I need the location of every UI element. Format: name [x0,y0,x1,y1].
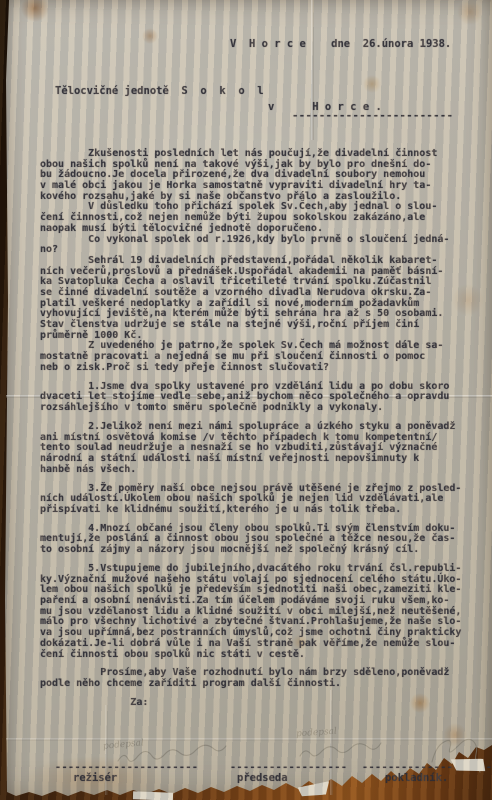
typed-line: přispívati ke klidnému soužití,kterého j… [40,505,476,516]
paper-scrap [133,791,173,800]
document-photo: V H o r c e dne 26.února 1938. Tělocvičn… [0,0,492,800]
typed-line: podle něho chceme zaříditi program další… [40,679,476,690]
typed-line: 2.Jelikož není mezi námi spolupráce a úz… [40,422,476,433]
typed-body: Zkušenosti posledních let nás poučují,že… [40,149,476,709]
addressee-name: Tělocvičné jednotě S o k o l [55,85,264,97]
signature-role-director: režisér [73,772,117,784]
typed-line: Co vykonal spolek od r.1926,kdy bylo prv… [40,235,476,246]
dateline: V H o r c e dne 26.února 1938. [230,38,451,50]
typed-line: dokázati.Je-li dobrá vůle i na Vaší stra… [40,639,476,650]
typed-line: rozsáhlejšího v tomto směru společně pod… [40,403,476,414]
typed-line: čení činnosti obou spolků nic státi v ce… [40,650,476,661]
addressee-underline: ------------------------ [292,110,453,122]
typed-line: Sehrál 19 divadelních představení,pořáda… [40,256,476,267]
typed-line: naopak musí býti tělocvičné jednotě dopo… [40,224,476,235]
typed-line: Za: [40,698,476,709]
signature-role-treasurer: pokladník. [385,772,448,784]
signature-role-chairman: předseda [237,772,288,784]
typed-line: neb o zisk.Proč si tedy přeje činnost sl… [40,363,476,374]
typed-line: to osobní zájmy a názory jsou mocnější n… [40,545,476,556]
typed-line: hanbě nás všech. [40,465,476,476]
